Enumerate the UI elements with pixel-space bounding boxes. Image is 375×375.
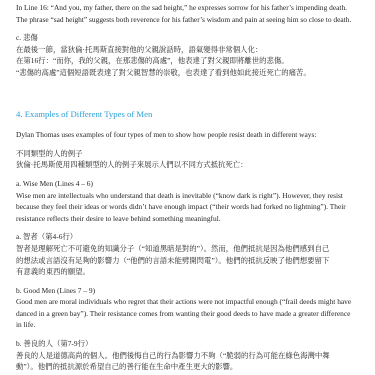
sadness-section-zh: c. 悲傷在最後一節，當狄倫·托馬斯直接對他的父親說話時，語氣變得非常個人化：在…	[16, 32, 363, 78]
text-line: Good men are moral individuals who regre…	[16, 296, 363, 308]
text-line: “悲傷的高處”這個短語既表達了對父親智慧的崇敬，也表達了看到他如此接近死亡的痛苦…	[16, 67, 363, 79]
text-line: danced in a green bay”). Their resistanc…	[16, 308, 363, 320]
text-line: 智者是理解死亡不可避免的知識分子（“知道黑暗是對的”）。然而，他們抵抗是因為他們…	[16, 243, 363, 255]
text-line: 不同類型的人的例子	[16, 148, 363, 160]
text-line: 4. Examples of Different Types of Men	[16, 109, 363, 121]
section-4-heading: 4. Examples of Different Types of Men	[16, 109, 363, 121]
line16-analysis-en: In Line 16: “And you, my father, there o…	[16, 2, 363, 25]
text-line: In Line 16: “And you, my father, there o…	[16, 2, 363, 14]
text-line: because they feel their ideas or words d…	[16, 201, 363, 213]
text-line: b. Good Men (Lines 7 – 9)	[16, 285, 363, 297]
good-men-zh: b. 善良的人（第7-9行）善良的人是道德高尚的個人。他們後悔自己的行為影響力不…	[16, 338, 363, 373]
text-line: resistance reflects their desire to leav…	[16, 213, 363, 225]
section-4-intro-zh: 不同類型的人的例子狄倫·托馬斯使用四種類型的人的例子來展示人們以不同方式抵抗死亡…	[16, 148, 363, 171]
good-men-en: b. Good Men (Lines 7 – 9)Good men are mo…	[16, 285, 363, 331]
text-line: 動”）。他們的抵抗源於希望自己的善行能在生命中產生更大的影響。	[16, 361, 363, 373]
text-line: a. 智者（第4-6行）	[16, 231, 363, 243]
document-page: In Line 16: “And you, my father, there o…	[0, 0, 375, 375]
text-line: 在最後一節，當狄倫·托馬斯直接對他的父親說話時，語氣變得非常個人化：	[16, 44, 363, 56]
wise-men-en: a. Wise Men (Lines 4 – 6)Wise men are in…	[16, 178, 363, 224]
text-line: 善良的人是道德高尚的個人。他們後悔自己的行為影響力不夠（“脆弱的行為可能在綠色海…	[16, 350, 363, 362]
text-line: c. 悲傷	[16, 32, 363, 44]
text-line: Dylan Thomas uses examples of four types…	[16, 129, 363, 141]
text-line: a. Wise Men (Lines 4 – 6)	[16, 178, 363, 190]
text-line: b. 善良的人（第7-9行）	[16, 338, 363, 350]
text-line: 狄倫·托馬斯使用四種類型的人的例子來展示人們以不同方式抵抗死亡：	[16, 159, 363, 171]
text-line: 在第16行：“而你，我的父親，在那悲傷的高處”，他表達了對父親即將離世的悲傷。	[16, 55, 363, 67]
section-4-intro-en: Dylan Thomas uses examples of four types…	[16, 129, 363, 141]
text-line: 有意義的東西的願望。	[16, 266, 363, 278]
text-line: in life.	[16, 319, 363, 331]
text-line: The phrase “sad height” suggests both re…	[16, 14, 363, 26]
text-line: 的想法或言語沒有足夠的影響力（“他們的言語未能劈開閃電”）。他們的抵抗反映了他們…	[16, 255, 363, 267]
wise-men-zh: a. 智者（第4-6行）智者是理解死亡不可避免的知識分子（“知道黑暗是對的”）。…	[16, 231, 363, 277]
text-line: Wise men are intellectuals who understan…	[16, 190, 363, 202]
